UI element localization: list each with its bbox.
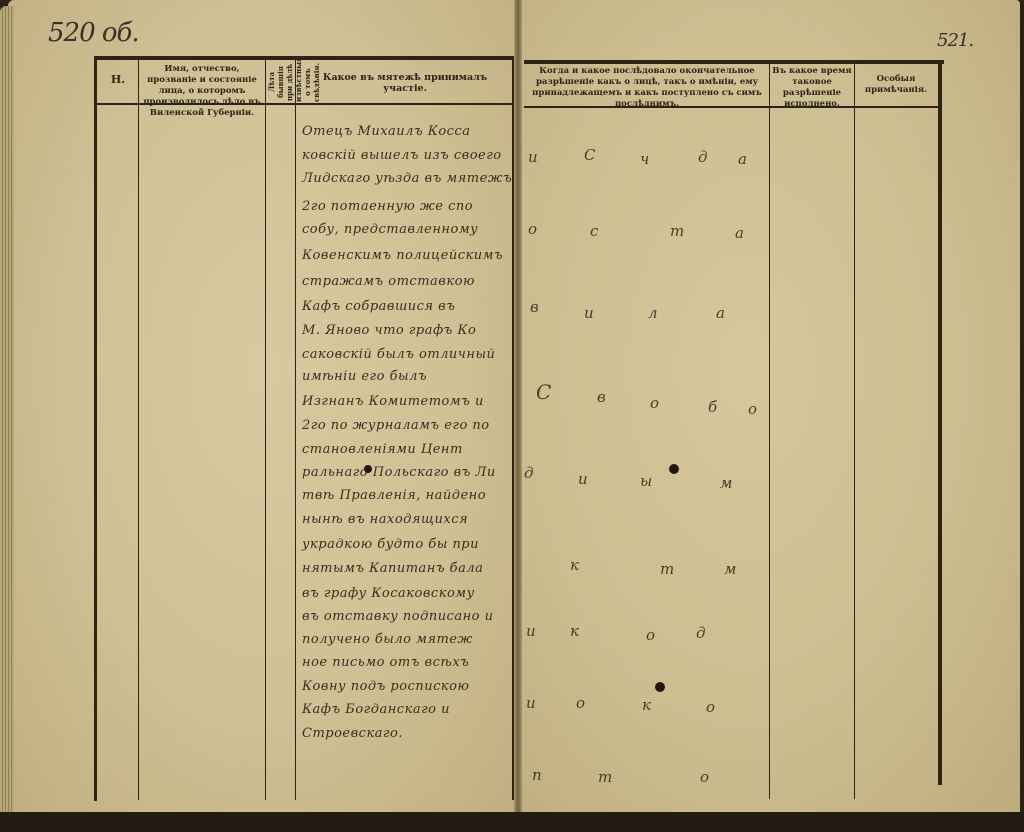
letter: ч: [640, 150, 649, 168]
right-table-top-rule: [524, 60, 944, 64]
letter: в: [597, 388, 606, 406]
entry-line: Ковну подъ роспискою: [302, 679, 522, 694]
table-surface: [0, 812, 1024, 832]
letter: о: [748, 400, 757, 418]
letter: и: [526, 622, 536, 640]
right-page: [520, 0, 1020, 818]
letter: а: [716, 304, 725, 322]
entry-line: М. Яново что графъ Ко: [302, 323, 522, 338]
entry-line: Кафъ собравшися въ: [302, 299, 522, 314]
entry-line: ральнаго Польскаго въ Ли: [302, 465, 522, 480]
entry-line: собу, представленному: [302, 222, 522, 237]
entry-line: нятымъ Капитанъ бала: [302, 561, 522, 576]
entry-line: ное письмо отъ всѣхъ: [302, 655, 522, 670]
entry-line: ковскій вышелъ изъ своего: [302, 148, 522, 163]
letter: т: [670, 222, 684, 240]
letter: к: [570, 556, 579, 574]
letter: ы: [640, 472, 652, 490]
entry-line: стражамъ отставкою: [302, 274, 522, 289]
entry-line: Изгнанъ Комитетомъ и: [302, 394, 522, 409]
entry-line: Ковенскимъ полицейскимъ: [302, 248, 522, 263]
entry-line: въ графу Косаковскому: [302, 586, 522, 601]
entry-line: получено было мятеж: [302, 632, 522, 647]
letter: а: [735, 224, 744, 242]
ink-blot: [655, 682, 665, 692]
letter: м: [720, 474, 732, 492]
header-executed: Въ какое время таковое разрѣшеніе исполн…: [771, 66, 853, 110]
letter: б: [708, 398, 717, 416]
letter: с: [590, 222, 598, 240]
book-gutter: [514, 0, 522, 818]
entry-line: нынѣ въ находящихся: [302, 512, 522, 527]
entry-line: твѣ Правленія, найдено: [302, 488, 522, 503]
entry-line: саковскій былъ отличный: [302, 347, 522, 362]
entry-line: Отецъ Михаилъ Косса: [302, 124, 522, 139]
col-divider-executed: [854, 64, 855, 799]
left-table-top-rule: [96, 56, 514, 60]
letter: и: [578, 470, 588, 488]
letter: т: [598, 768, 612, 786]
letter: о: [650, 394, 659, 412]
col-divider-years: [295, 60, 296, 800]
letter: о: [646, 626, 655, 644]
entry-line: имѣніи его былъ: [302, 369, 522, 384]
letter: в: [530, 298, 539, 316]
header-years: Лѣта бывшія при дѣлѣ извѣстныя о томъ св…: [267, 62, 293, 102]
page-edge-stack: [0, 6, 14, 816]
entry-line: 2го по журналамъ его по: [302, 418, 522, 433]
entry-line: Лидскаго уѣзда въ мятежъ: [302, 171, 522, 186]
letter: м: [724, 560, 736, 578]
letter: о: [706, 698, 715, 716]
letter: С: [536, 380, 551, 404]
letter: л: [648, 304, 658, 322]
header-name: Имя, отчество, прозваніе и состояніе лиц…: [141, 64, 263, 119]
letter: д: [524, 464, 534, 482]
entry-line: Строевскаго.: [302, 726, 522, 741]
letter: к: [570, 622, 579, 640]
col-divider-resolution: [769, 64, 770, 799]
ink-blot: [669, 464, 679, 474]
entry-line: украдкою будто бы при: [302, 537, 522, 552]
right-folio-number: 521.: [937, 30, 973, 51]
letter: и: [584, 304, 594, 322]
letter: о: [700, 768, 709, 786]
letter: п: [532, 766, 542, 784]
letter: д: [696, 624, 706, 642]
header-resolution: Когда и какое послѣдовало окончательное …: [526, 66, 768, 110]
left-table-outer-border: [94, 56, 97, 801]
ledger-book-spread: 520 об. 521. Н. Имя, отчество, прозваніе…: [0, 0, 1024, 832]
col-divider-name: [265, 60, 266, 800]
letter: о: [576, 694, 585, 712]
letter: и: [526, 694, 536, 712]
letter: о: [528, 220, 537, 238]
entry-line: Кафъ Богданскаго и: [302, 702, 522, 717]
letter: а: [738, 150, 747, 168]
letter: т: [660, 560, 674, 578]
header-remarks: Особыя примѣчанія.: [856, 74, 936, 96]
entry-line: 2го потаенную же спо: [302, 199, 522, 214]
header-number: Н.: [100, 74, 136, 85]
letter: и: [528, 148, 538, 166]
entry-line: въ отставку подписано и: [302, 609, 522, 624]
ink-blot: [364, 465, 372, 473]
entry-line: становленіями Цент: [302, 442, 522, 457]
col-divider-number: [138, 60, 139, 800]
left-folio-number: 520 об.: [48, 18, 139, 48]
right-table-outer-border: [938, 60, 942, 785]
letter: к: [642, 696, 651, 714]
header-participation: Какое въ мятежѣ принималъ участіе.: [300, 72, 510, 94]
letter: д: [698, 148, 708, 166]
letter: С: [584, 146, 595, 164]
left-page: [8, 0, 518, 818]
